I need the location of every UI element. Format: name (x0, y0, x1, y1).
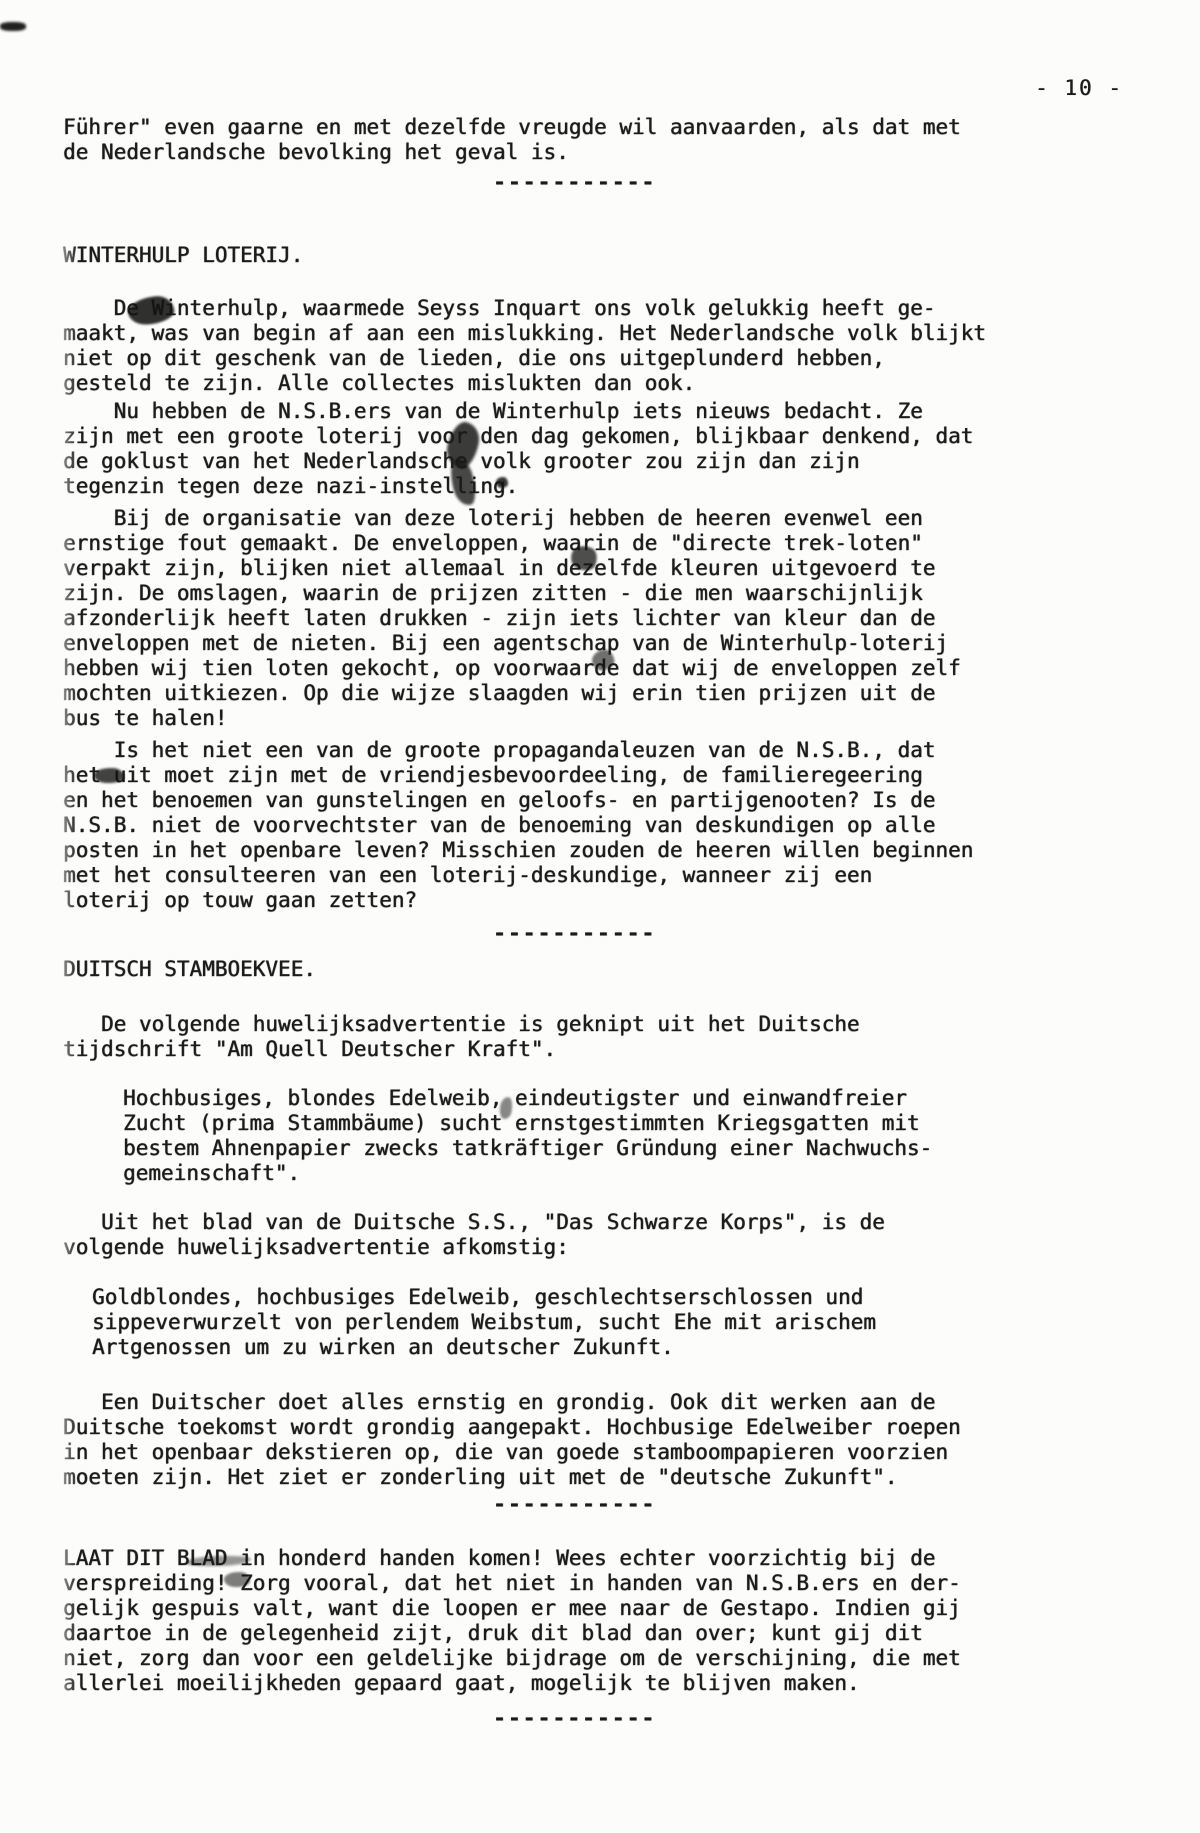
marriage-ad-quote: Hochbusiges, blondes Edelweib, eindeutig… (123, 1086, 963, 1186)
scanned-document-page: - 10 - Führer" even gaarne en met dezelf… (0, 0, 1200, 1833)
ink-blot (224, 1572, 250, 1587)
separator-rule: ----------- (493, 921, 656, 945)
paragraph: De Winterhulp, waarmede Seyss Inquart on… (63, 296, 1015, 396)
intro-paragraph: Führer" even gaarne en met dezelfde vreu… (63, 115, 1015, 165)
paragraph: Een Duitscher doet alles ernstig en gron… (63, 1390, 1015, 1490)
separator-rule: ----------- (493, 1706, 656, 1730)
paragraph: Is het niet een van de groote propaganda… (63, 738, 1015, 913)
page-number: - 10 - (1035, 76, 1123, 100)
ink-blot (496, 477, 508, 488)
paragraph: Nu hebben de N.S.B.ers van de Winterhulp… (63, 399, 1015, 499)
paragraph: Uit het blad van de Duitsche S.S., "Das … (63, 1210, 1015, 1260)
scan-edge-mark (0, 22, 26, 31)
separator-rule: ----------- (493, 170, 656, 194)
closing-paragraph: LAAT DIT BLAD in honderd handen komen! W… (63, 1546, 1015, 1696)
paragraph: Bij de organisatie van deze loterij hebb… (63, 506, 1015, 731)
ink-blot (94, 768, 124, 783)
section-title-duitsch-stamboekvee: DUITSCH STAMBOEKVEE. (63, 957, 1015, 982)
paragraph: De volgende huwelijksadvertentie is gekn… (63, 1012, 1015, 1062)
marriage-ad-quote: Goldblondes, hochbusiges Edelweib, gesch… (92, 1285, 952, 1360)
separator-rule: ----------- (493, 1492, 656, 1516)
section-title-winterhulp-loterij: WINTERHULP LOTERIJ. (63, 243, 1015, 268)
